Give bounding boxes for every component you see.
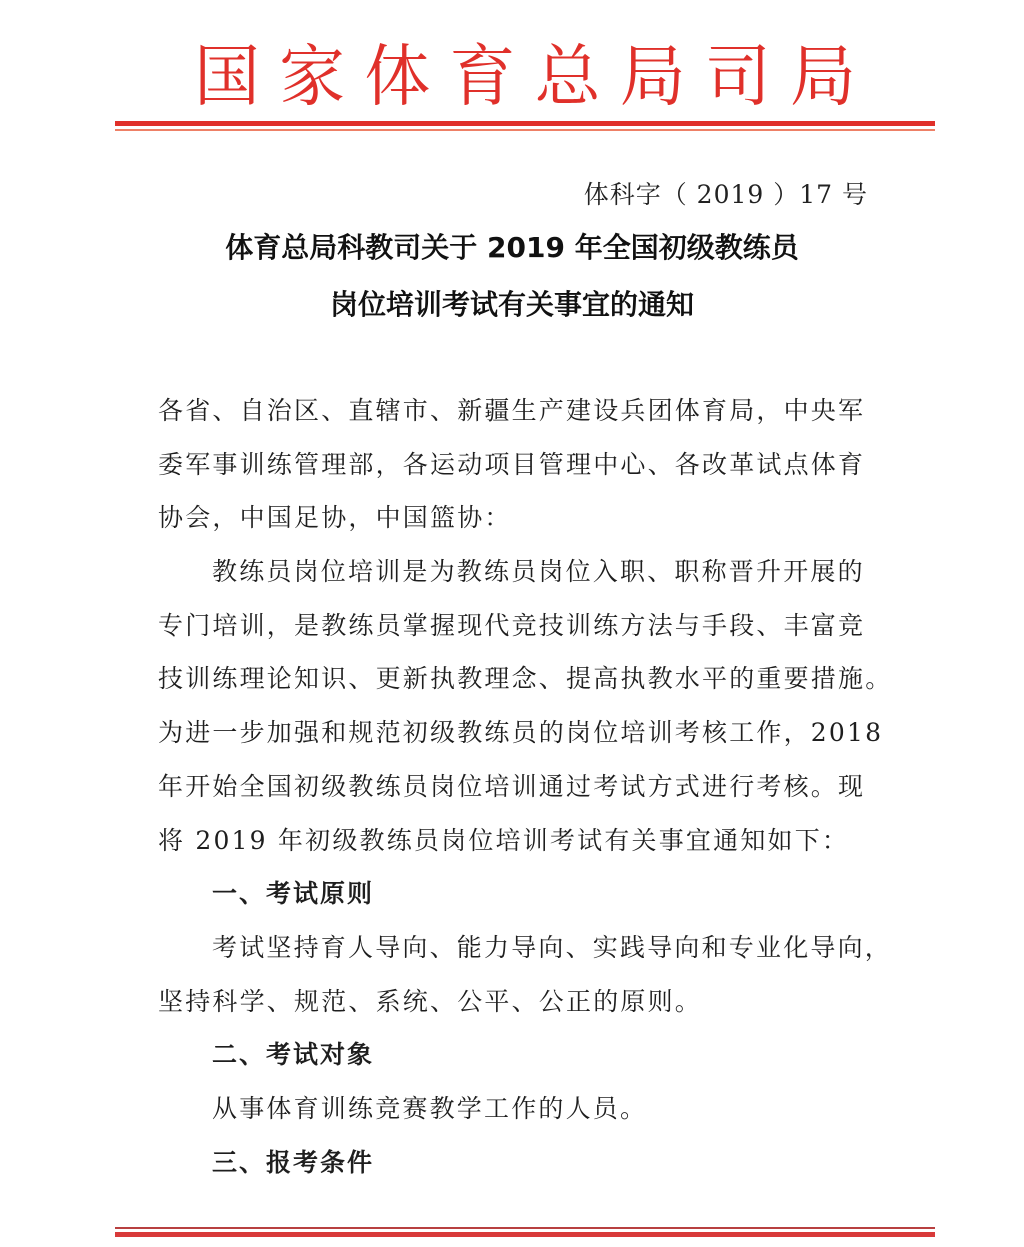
body-line: 从事体育训练竞赛教学工作的人员。 <box>158 1082 870 1136</box>
masthead-char: 司 <box>701 22 775 119</box>
body-line: 为进一步加强和规范初级教练员的岗位培训考核工作，2018 <box>158 706 870 760</box>
masthead-char: 体 <box>360 22 434 119</box>
body-line: 委军事训练管理部，各运动项目管理中心、各改革试点体育 <box>158 438 870 492</box>
body-line: 专门培训，是教练员掌握现代竞技训练方法与手段、丰富竞 <box>158 599 870 653</box>
document-body: 各省、自治区、直辖市、新疆生产建设兵团体育局，中央军 委军事训练管理部，各运动项… <box>158 384 870 1189</box>
masthead-char: 局 <box>786 22 860 119</box>
body-line: 将 2019 年初级教练员岗位培训考试有关事宜通知如下： <box>158 814 870 868</box>
body-line: 教练员岗位培训是为教练员岗位入职、职称晋升开展的 <box>158 545 870 599</box>
body-line: 技训练理论知识、更新执教理念、提高执教水平的重要措施。 <box>158 652 870 706</box>
header-divider-thick <box>115 121 935 126</box>
section-heading: 二、考试对象 <box>158 1028 870 1082</box>
body-line: 考试坚持育人导向、能力导向、实践导向和专业化导向， <box>158 921 870 975</box>
masthead-char: 育 <box>445 22 519 119</box>
masthead-char: 家 <box>275 22 349 119</box>
body-line: 协会，中国足协，中国篮协： <box>158 491 870 545</box>
body-line: 年开始全国初级教练员岗位培训通过考试方式进行考核。现 <box>158 760 870 814</box>
document-number: 体科字（ 2019 ）17 号 <box>584 175 868 211</box>
document-title-line-2: 岗位培训考试有关事宜的通知 <box>0 283 1024 323</box>
footer-divider-thick <box>115 1232 935 1237</box>
section-heading: 一、考试原则 <box>158 867 870 921</box>
masthead-char: 局 <box>616 22 690 119</box>
masthead-char: 总 <box>531 22 605 119</box>
masthead-char: 国 <box>190 22 264 119</box>
body-line: 坚持科学、规范、系统、公平、公正的原则。 <box>158 975 870 1029</box>
section-heading: 三、报考条件 <box>158 1136 870 1190</box>
header-divider-thin <box>115 129 935 131</box>
document-title-line-1: 体育总局科教司关于 2019 年全国初级教练员 <box>0 226 1024 266</box>
footer-divider-thin <box>115 1227 935 1229</box>
masthead-org-name: 国 家 体 育 总 局 司 局 <box>190 30 860 110</box>
body-line: 各省、自治区、直辖市、新疆生产建设兵团体育局，中央军 <box>158 384 870 438</box>
